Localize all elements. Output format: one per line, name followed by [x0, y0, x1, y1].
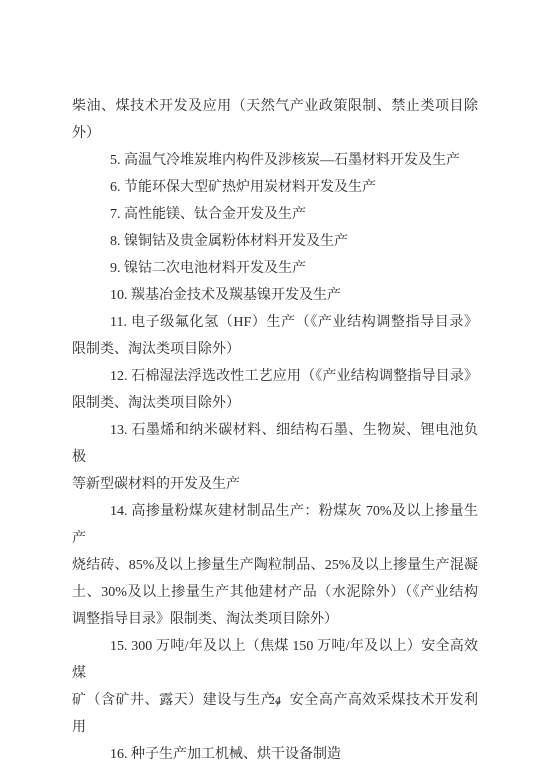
document-line: 11. 电子级氟化氢（HF）生产（《产业结构调整指导目录》: [72, 309, 478, 336]
document-line: 9. 镍钴二次电池材料开发及生产: [72, 255, 478, 282]
document-line: 等新型碳材料的开发及生产: [72, 471, 478, 498]
page-number: 24: [0, 693, 550, 708]
document-line: 调整指导目录》限制类、淘汰类项目除外）: [72, 606, 478, 633]
document-line: 14. 高掺量粉煤灰建材制品生产：粉煤灰 70%及以上掺量生产: [72, 498, 478, 552]
document-line: 土、30%及以上掺量生产其他建材产品（水泥除外）（《产业结构: [72, 579, 478, 606]
document-line: 12. 石棉湿法浮选改性工艺应用（《产业结构调整指导目录》: [72, 363, 478, 390]
document-line: 限制类、淘汰类项目除外）: [72, 390, 478, 417]
document-line: 外）: [72, 120, 478, 147]
document-line: 10. 羰基冶金技术及羰基镍开发及生产: [72, 282, 478, 309]
document-body: 柴油、煤技术开发及应用（天然气产业政策限制、禁止类项目除外）5. 高温气冷堆炭堆…: [72, 93, 478, 768]
document-line: 7. 高性能镁、钛合金开发及生产: [72, 201, 478, 228]
document-line: 13. 石墨烯和纳米碳材料、细结构石墨、生物炭、锂电池负极: [72, 417, 478, 471]
document-line: 6. 节能环保大型矿热炉用炭材料开发及生产: [72, 174, 478, 201]
document-line: 烧结砖、85%及以上掺量生产陶粒制品、25%及以上掺量生产混凝: [72, 552, 478, 579]
document-line: 用: [72, 714, 478, 741]
document-line: 5. 高温气冷堆炭堆内构件及涉核炭—石墨材料开发及生产: [72, 147, 478, 174]
document-line: 16. 种子生产加工机械、烘干设备制造: [72, 741, 478, 768]
document-page: 柴油、煤技术开发及应用（天然气产业政策限制、禁止类项目除外）5. 高温气冷堆炭堆…: [0, 0, 550, 777]
document-line: 15. 300 万吨/年及以上（焦煤 150 万吨/年及以上）安全高效煤: [72, 633, 478, 687]
document-line: 限制类、淘汰类项目除外）: [72, 336, 478, 363]
document-line: 柴油、煤技术开发及应用（天然气产业政策限制、禁止类项目除: [72, 93, 478, 120]
document-line: 8. 镍铜钴及贵金属粉体材料开发及生产: [72, 228, 478, 255]
